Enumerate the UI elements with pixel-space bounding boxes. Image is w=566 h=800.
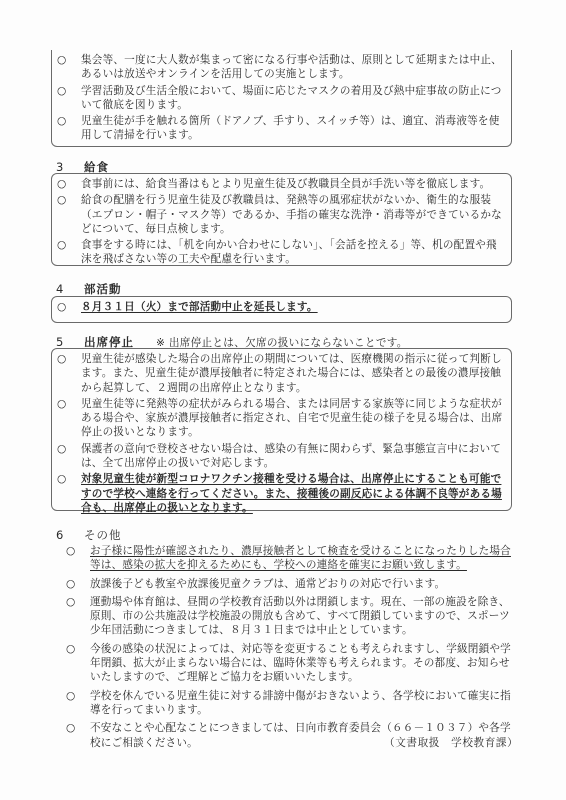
circle-bullet-icon: ○ [57,53,66,67]
section-heading-club: 4部活動 [56,281,122,297]
list-item: ○ 食事をする時には、「机を向かい合わせにしない」、「会話を控える」等、机の配置… [57,238,503,267]
item-text: 学校を休んでいる児童生徒に対する誹謗中傷がおきないよう、各学校において確実に指導… [78,689,516,718]
item-text: 児童生徒等に発熱等の症状がみられる場合、または同居する家族等に同じような症状があ… [69,397,503,440]
circle-bullet-icon: ○ [57,177,66,191]
circle-bullet-icon: ○ [66,544,75,558]
list-item: ○ 今後の感染の状況によっては、対応等を変更することも考えられますし、学級閉鎖や… [66,642,516,685]
list-item: ○ 食事前には、給食当番はもとより児童生徒及び教職員全員が手洗い等を徹底します。 [57,177,503,191]
circle-bullet-icon: ○ [57,84,66,98]
item-text-emphasized: ８月３１日（火）まで部活動中止を延長します。 [69,300,503,314]
circle-bullet-icon: ○ [57,352,66,366]
circle-bullet-icon: ○ [66,721,75,735]
circle-bullet-icon: ○ [57,238,66,252]
list-item: ○ 学習活動及び生活全般において、場面に応じたマスクの着用及び熱中症事故の防止に… [57,84,503,113]
item-text: 学習活動及び生活全般において、場面に応じたマスクの着用及び熱中症事故の防止につい… [69,84,503,113]
item-text: 児童生徒が手を触れる箇所（ドアノブ、手すり、スイッチ等）は、適宜、消毒液等を使用… [69,114,503,143]
circle-bullet-icon: ○ [57,114,66,128]
circle-bullet-icon: ○ [57,472,66,486]
list-item: ○ お子様に陽性が確認されたり、濃厚接触者として検査を受けることになったりした場… [66,544,516,573]
section-number: 6 [56,528,84,542]
circle-bullet-icon: ○ [66,642,75,656]
section-title: 部活動 [84,282,122,296]
list-item: ○ 保護者の意向で登校させない場合は、感染の有無に関わらず、緊急事態宣言中におい… [57,442,503,471]
continued-section-box: ○ 集会等、一度に大人数が集まって密になる行事や活動は、原則として延期または中止… [51,50,512,147]
circle-bullet-icon: ○ [66,689,75,703]
item-text: 保護者の意向で登校させない場合は、感染の有無に関わらず、緊急事態宣言中においては… [69,442,503,471]
section-number: 3 [56,160,84,174]
circle-bullet-icon: ○ [66,577,75,591]
list-item: ○ 集会等、一度に大人数が集まって密になる行事や活動は、原則として延期または中止… [57,53,503,82]
list-item: ○ ８月３１日（火）まで部活動中止を延長します。 [57,300,503,314]
circle-bullet-icon: ○ [57,397,66,411]
list-item: ○ 児童生徒等に発熱等の症状がみられる場合、または同居する家族等に同じような症状… [57,397,503,440]
item-text-emphasized: お子様に陽性が確認されたり、濃厚接触者として検査を受けることになったりした場合等… [78,544,516,573]
circle-bullet-icon: ○ [66,595,75,609]
list-item: ○ 児童生徒が感染した場合の出席停止の期間については、医療機関の指示に従って判断… [57,352,503,395]
item-text: 児童生徒が感染した場合の出席停止の期間については、医療機関の指示に従って判断しま… [69,352,503,395]
list-item: ○ 児童生徒が手を触れる箇所（ドアノブ、手すり、スイッチ等）は、適宜、消毒液等を… [57,114,503,143]
list-item: ○ 運動場や体育館は、昼間の学校教育活動以外は閉鎖します。現在、一部の施設を除き… [66,595,516,638]
item-text: 運動場や体育館は、昼間の学校教育活動以外は閉鎖します。現在、一部の施設を除き、原… [78,595,516,638]
section-number: 4 [56,282,84,296]
section-title: その他 [84,528,122,542]
item-text: 今後の感染の状況によっては、対応等を変更することも考えられますし、学級閉鎖や学年… [78,642,516,685]
section-title: 給食 [84,160,109,174]
item-text: 給食の配膳を行う児童生徒及び教職員は、発熱等の風邪症状がないか、衛生的な服装（エ… [69,193,503,236]
circle-bullet-icon: ○ [57,193,66,207]
item-text-emphasized: 対象児童生徒が新型コロナワクチン接種を受ける場合は、出席停止にすることも可能です… [69,472,503,515]
circle-bullet-icon: ○ [57,300,66,314]
list-item: ○ 給食の配膳を行う児童生徒及び教職員は、発熱等の風邪症状がないか、衛生的な服装… [57,193,503,236]
item-text: 放課後子ども教室や放課後児童クラブは、通常どおりの対応で行います。 [78,577,516,591]
list-item: ○ 学校を休んでいる児童生徒に対する誹謗中傷がおきないよう、各学校において確実に… [66,689,516,718]
list-item: ○ 対象児童生徒が新型コロナワクチン接種を受ける場合は、出席停止にすることも可能… [57,472,503,515]
item-text: 食事前には、給食当番はもとより児童生徒及び教職員全員が手洗い等を徹底します。 [69,177,503,191]
section-heading-other: 6その他 [56,527,122,543]
circle-bullet-icon: ○ [57,442,66,456]
section-box-attendance: ○ 児童生徒が感染した場合の出席停止の期間については、医療機関の指示に従って判断… [51,348,512,511]
section-title: 出席停止 [84,335,134,349]
list-item: ○ 放課後子ども教室や放課後児童クラブは、通常どおりの対応で行います。 [66,577,516,591]
item-text: 食事をする時には、「机を向かい合わせにしない」、「会話を控える」等、机の配置や飛… [69,238,503,267]
section-list-other: ○ お子様に陽性が確認されたり、濃厚接触者として検査を受けることになったりした場… [66,544,516,754]
section-box-club: ○ ８月３１日（火）まで部活動中止を延長します。 [51,296,512,323]
item-text: 集会等、一度に大人数が集まって密になる行事や活動は、原則として延期または中止、あ… [69,53,503,82]
document-footer-department: （文書取扱 学校教育課） [384,735,518,750]
document-page: ○ 集会等、一度に大人数が集まって密になる行事や活動は、原則として延期または中止… [0,0,566,800]
section-number: 5 [56,335,84,349]
section-box-lunch: ○ 食事前には、給食当番はもとより児童生徒及び教職員全員が手洗い等を徹底します。… [51,173,512,266]
